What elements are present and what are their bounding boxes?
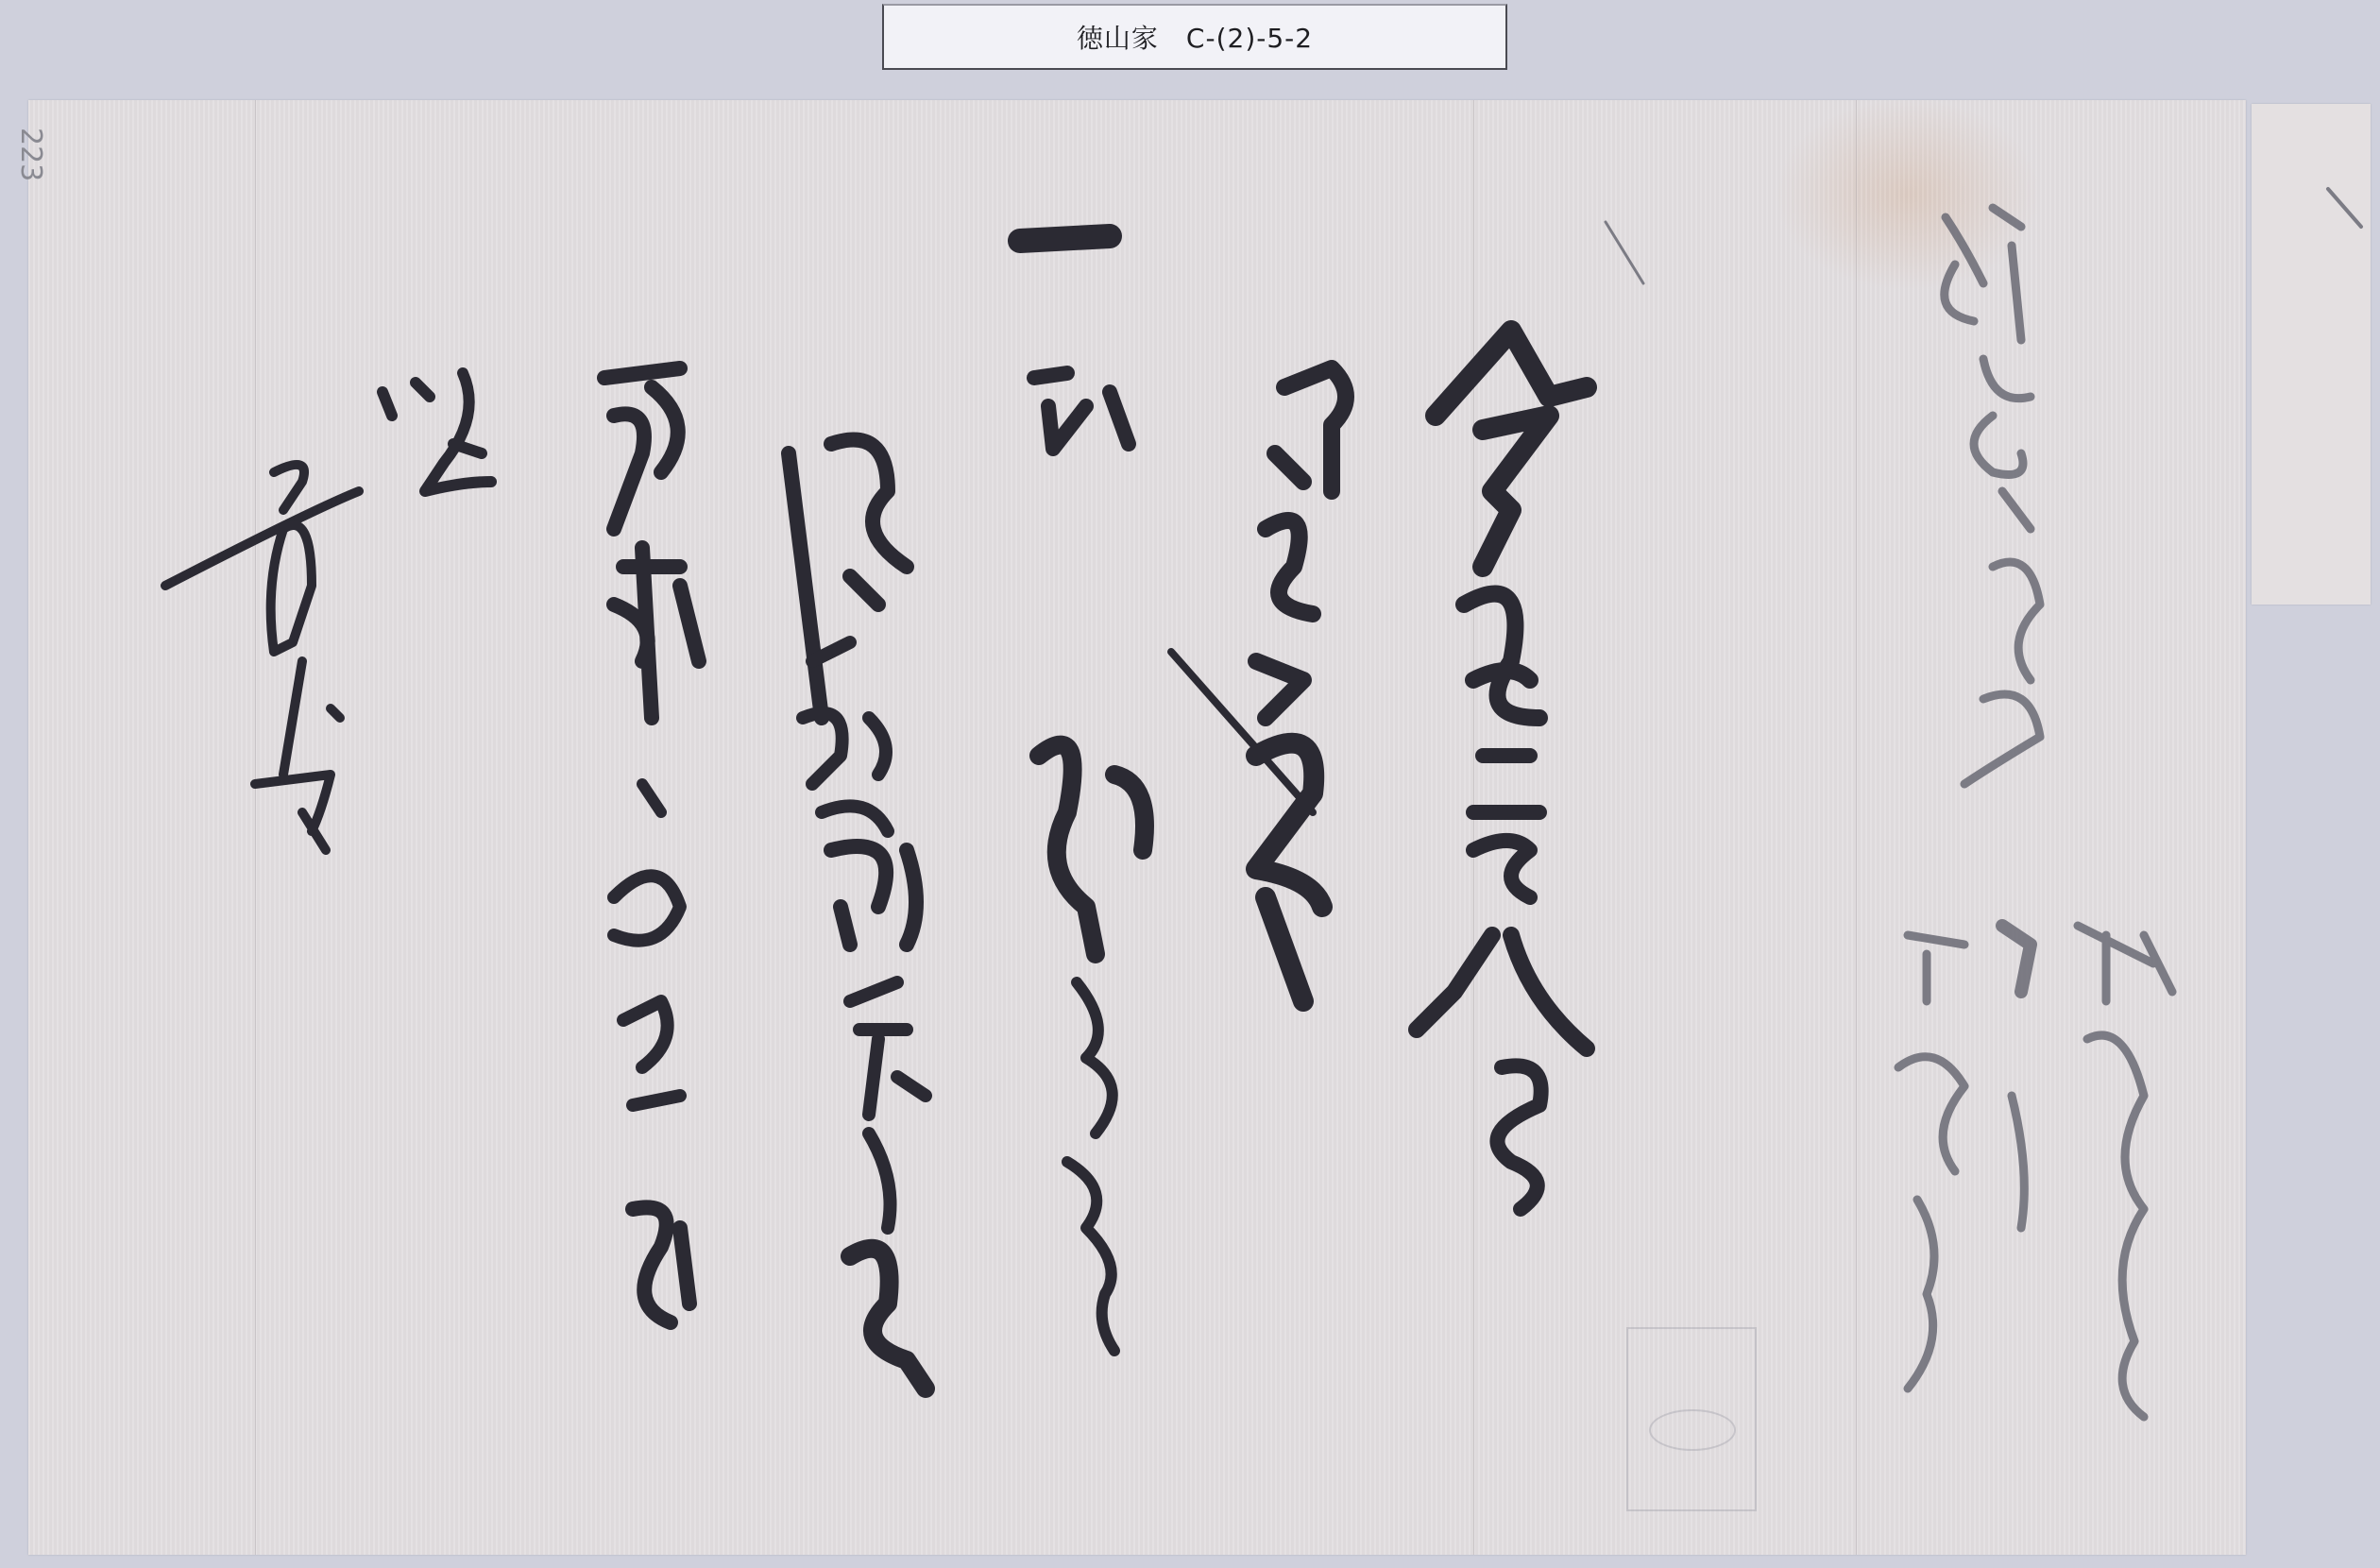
calligraphy-strokes — [0, 0, 2380, 1568]
